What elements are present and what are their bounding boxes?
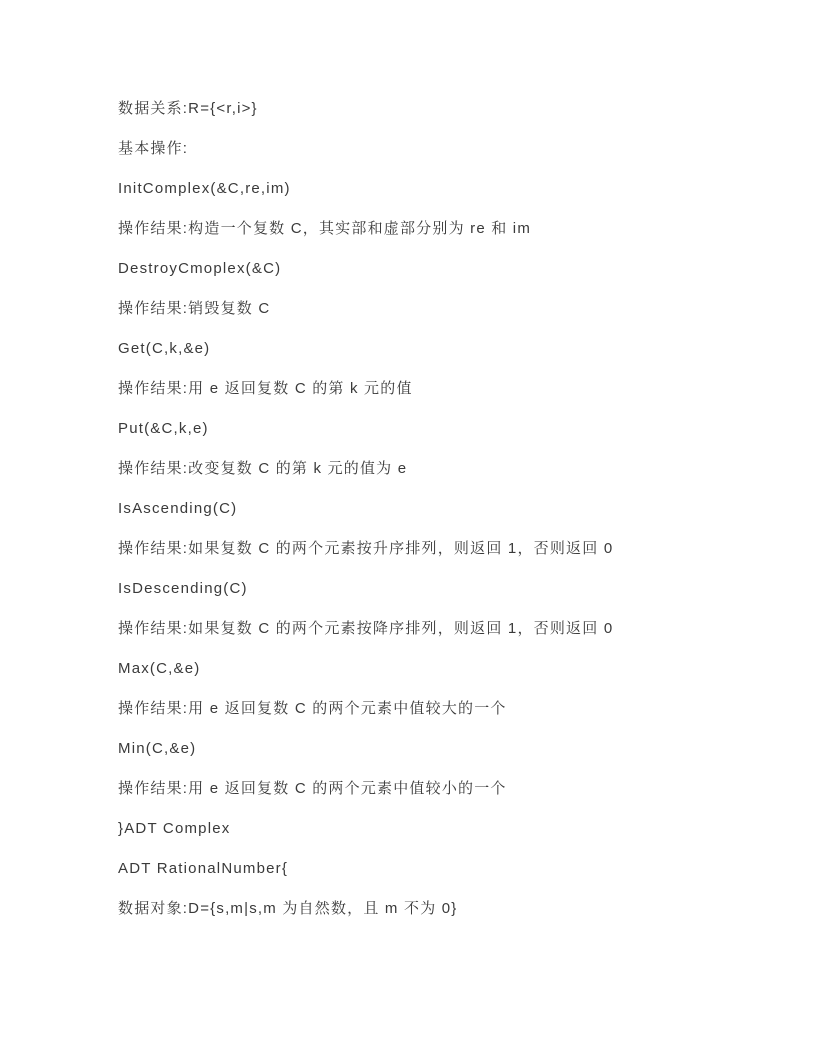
document-content: 数据关系:R={<r,i>}基本操作:InitComplex(&C,re,im)…: [118, 99, 756, 939]
text-line-9: 操作结果:改变复数 C 的第 k 元的值为 e: [118, 459, 756, 479]
text-line-6: Get(C,k,&e): [118, 339, 756, 359]
text-line-0: 数据关系:R={<r,i>}: [118, 99, 756, 119]
text-line-3: 操作结果:构造一个复数 C，其实部和虚部分别为 re 和 im: [118, 219, 756, 239]
text-line-15: 操作结果:用 e 返回复数 C 的两个元素中值较大的一个: [118, 699, 756, 719]
text-line-12: IsDescending(C): [118, 579, 756, 599]
document-page: 数据关系:R={<r,i>}基本操作:InitComplex(&C,re,im)…: [0, 0, 816, 1056]
text-line-7: 操作结果:用 e 返回复数 C 的第 k 元的值: [118, 379, 756, 399]
text-line-5: 操作结果:销毁复数 C: [118, 299, 756, 319]
text-line-20: 数据对象:D={s,m|s,m 为自然数，且 m 不为 0}: [118, 899, 756, 919]
text-line-2: InitComplex(&C,re,im): [118, 179, 756, 199]
text-line-19: ADT RationalNumber{: [118, 859, 756, 879]
text-line-18: }ADT Complex: [118, 819, 756, 839]
text-line-16: Min(C,&e): [118, 739, 756, 759]
text-line-17: 操作结果:用 e 返回复数 C 的两个元素中值较小的一个: [118, 779, 756, 799]
text-line-1: 基本操作:: [118, 139, 756, 159]
text-line-8: Put(&C,k,e): [118, 419, 756, 439]
text-line-11: 操作结果:如果复数 C 的两个元素按升序排列，则返回 1，否则返回 0: [118, 539, 756, 559]
text-line-13: 操作结果:如果复数 C 的两个元素按降序排列，则返回 1，否则返回 0: [118, 619, 756, 639]
text-line-14: Max(C,&e): [118, 659, 756, 679]
text-line-4: DestroyCmoplex(&C): [118, 259, 756, 279]
text-line-10: IsAscending(C): [118, 499, 756, 519]
